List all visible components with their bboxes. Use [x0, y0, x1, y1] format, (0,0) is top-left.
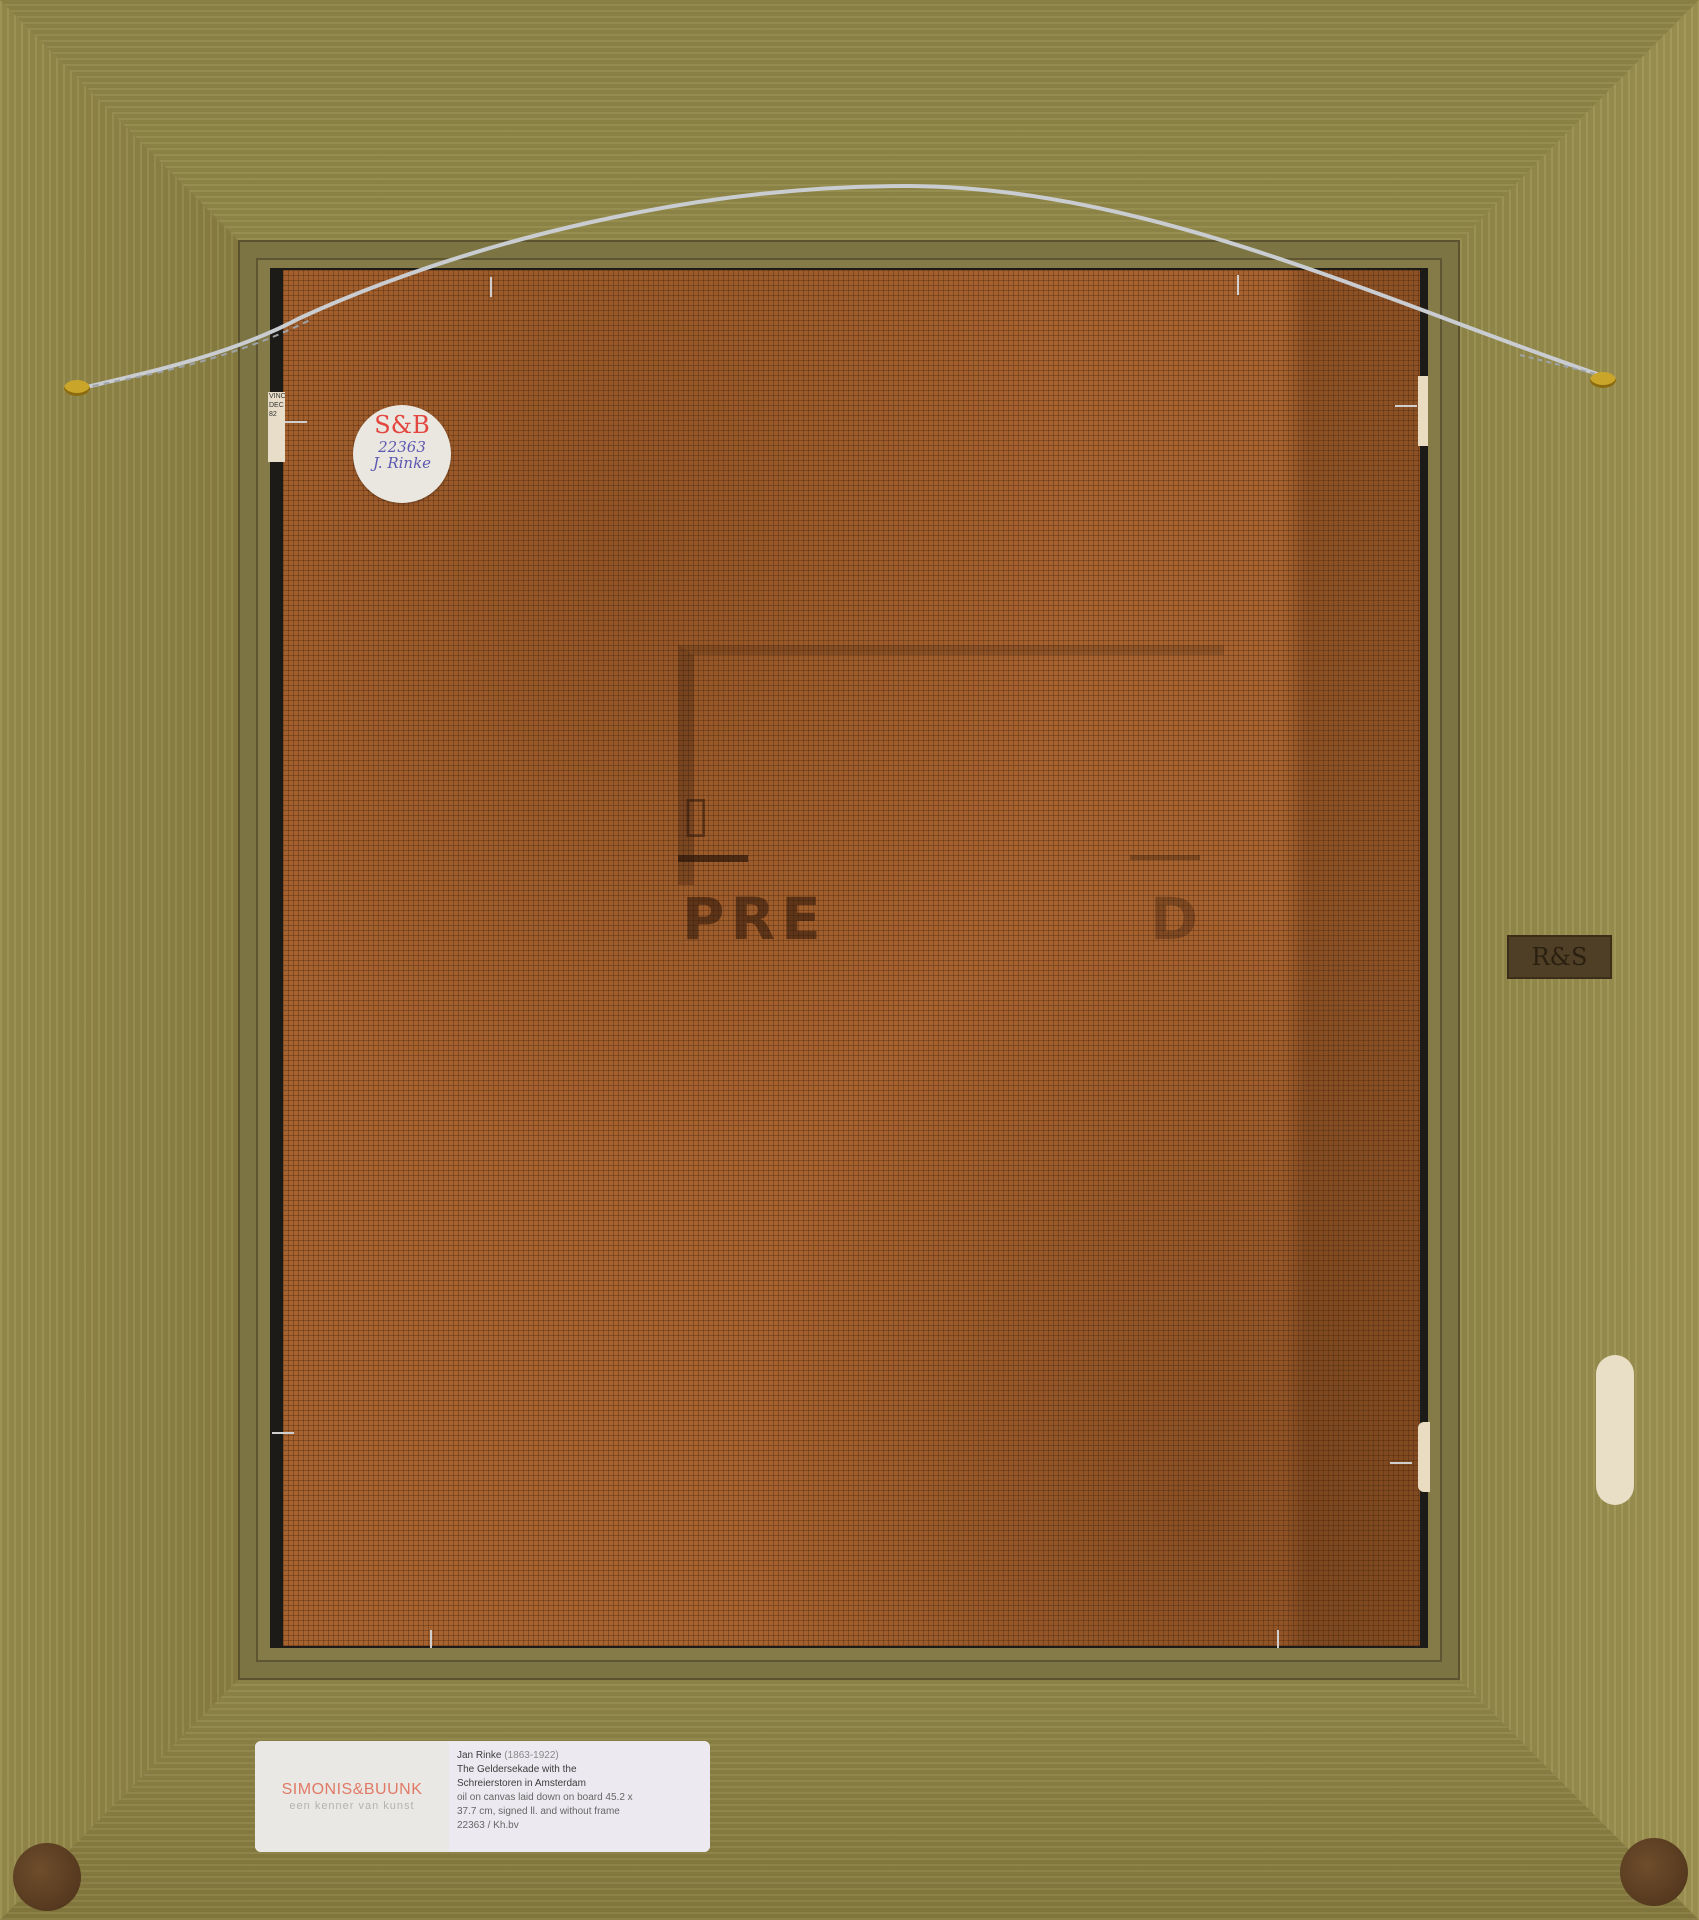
- artwork-medium-line2: 37.7 cm, signed ll. and without frame: [457, 1805, 702, 1819]
- gallery-label: SIMONIS&BUUNK een kenner van kunst Jan R…: [255, 1741, 710, 1852]
- left-d-ring-icon: [64, 380, 90, 396]
- artist-line: Jan Rinke (1863-1922): [457, 1749, 702, 1763]
- artwork-reference: 22363 / Kh.bv: [457, 1819, 702, 1833]
- artist-dates: (1863-1922): [504, 1750, 558, 1761]
- gallery-logo-tagline: een kenner van kunst: [289, 1800, 414, 1812]
- felt-foot-left: [13, 1843, 81, 1911]
- picture-frame-back: PRE D ▯ VINC DEC 82 S&B 22363 J. Rinke R…: [0, 0, 1699, 1920]
- right-d-ring-icon: [1590, 372, 1616, 388]
- felt-foot-right: [1620, 1838, 1688, 1906]
- filled-slot: [1596, 1355, 1634, 1505]
- artwork-title-line2: Schreierstoren in Amsterdam: [457, 1777, 702, 1791]
- hanging-wire[interactable]: [0, 0, 1699, 1920]
- gallery-logo-text: SIMONIS&BUUNK: [282, 1781, 423, 1799]
- artist-name: Jan Rinke: [457, 1750, 501, 1761]
- artwork-medium-line1: oil on canvas laid down on board 45.2 x: [457, 1791, 702, 1805]
- gallery-logo: SIMONIS&BUUNK een kenner van kunst: [255, 1741, 449, 1852]
- artwork-info: Jan Rinke (1863-1922) The Geldersekade w…: [449, 1741, 710, 1852]
- artwork-title-line1: The Geldersekade with the: [457, 1763, 702, 1777]
- frame-maker-stamp: R&S: [1507, 935, 1612, 979]
